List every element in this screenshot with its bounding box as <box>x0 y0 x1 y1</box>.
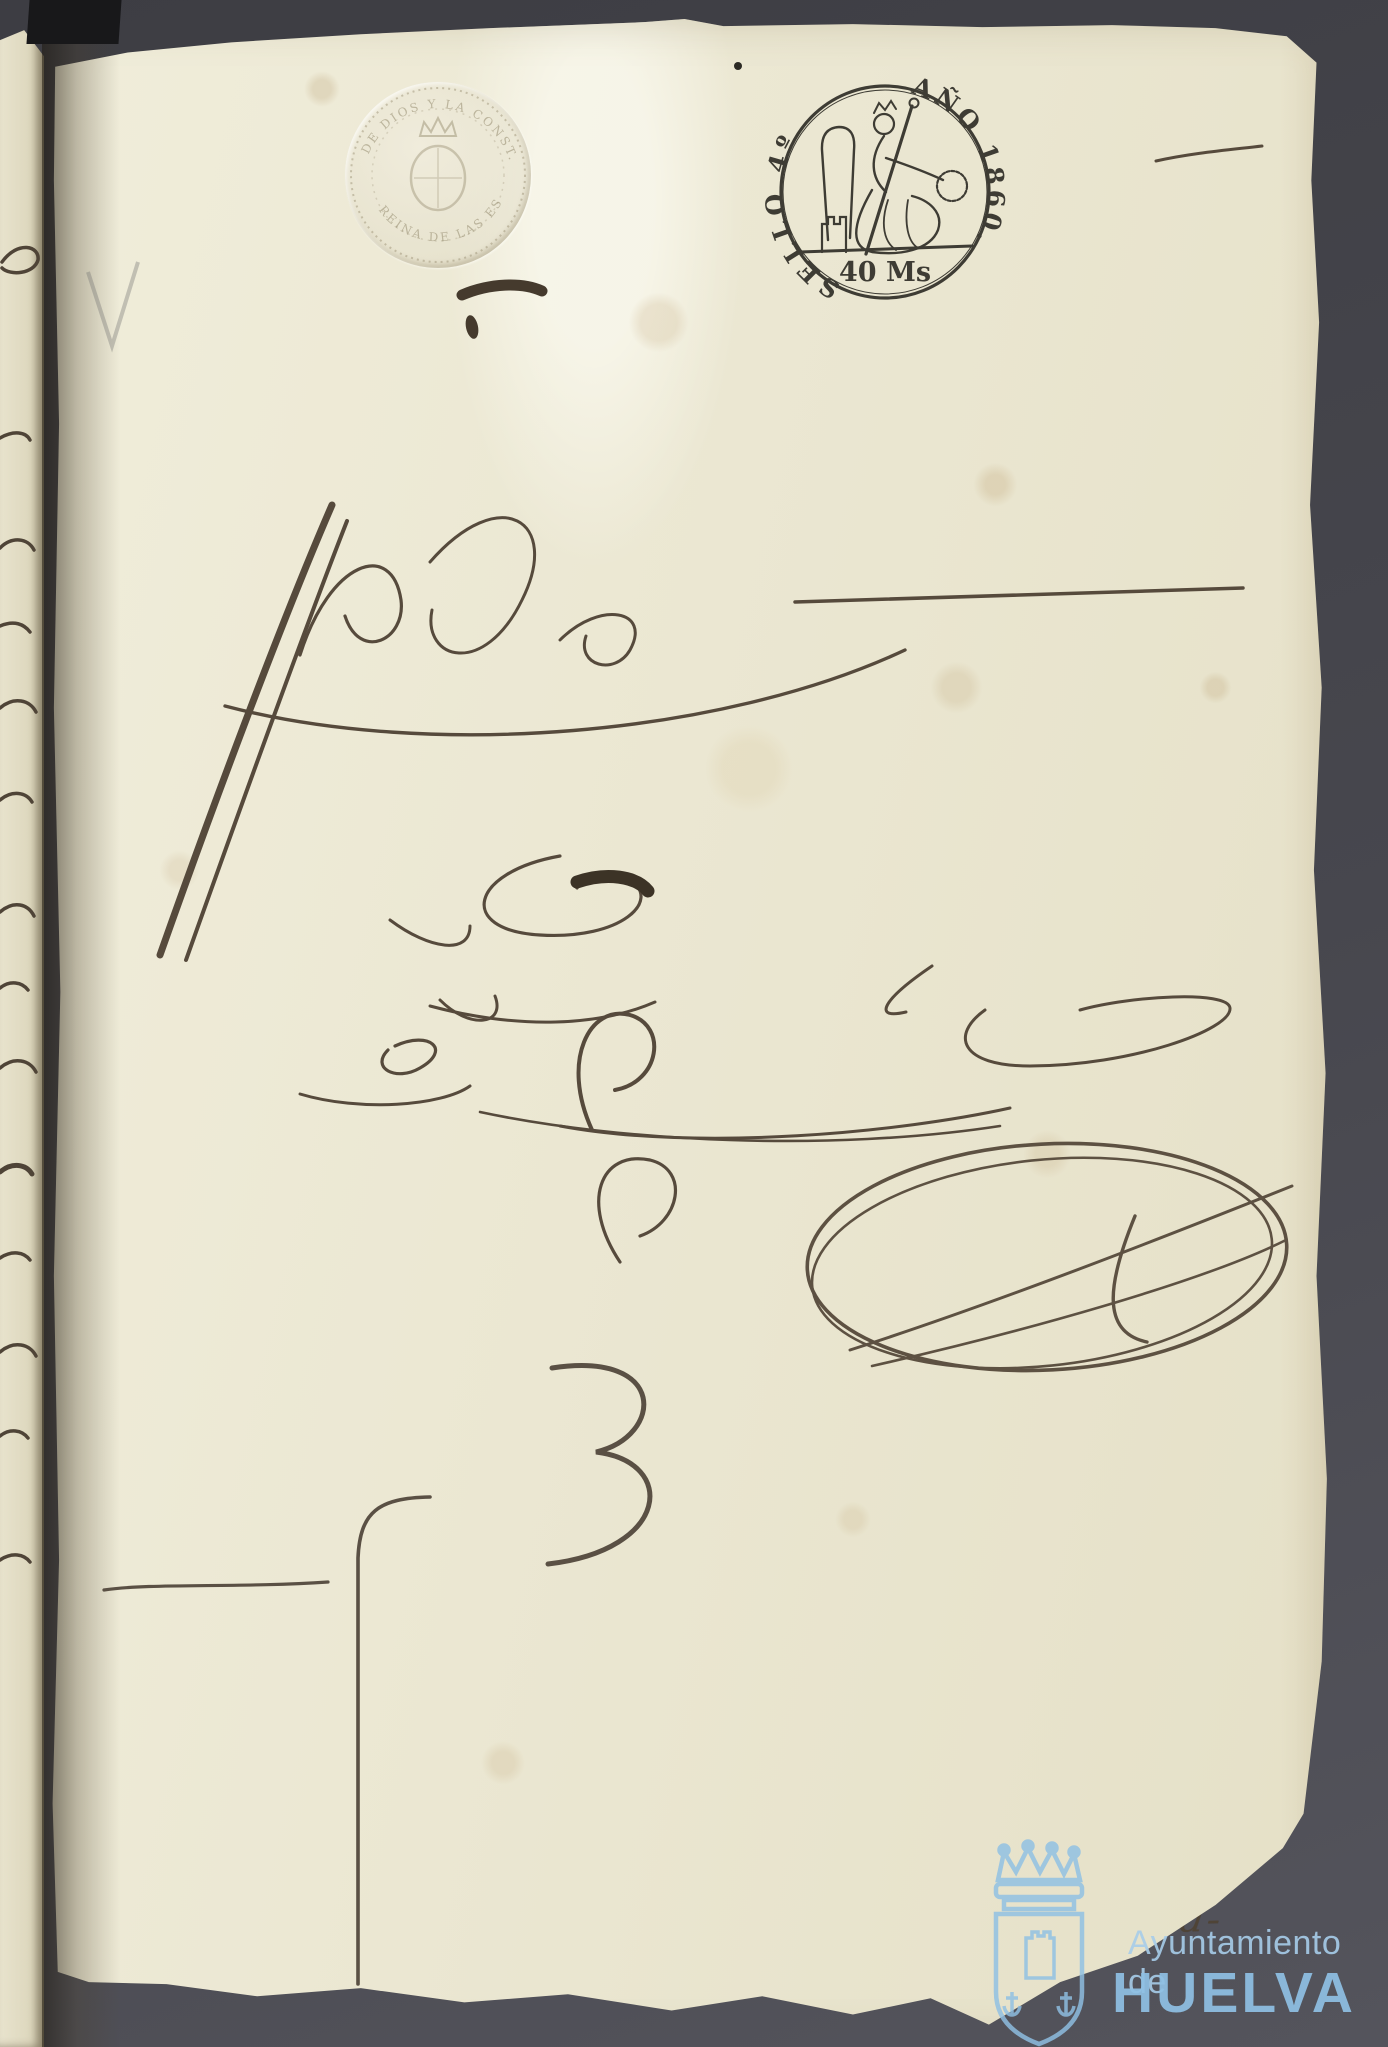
pencil-mark <box>88 262 138 346</box>
margin-vertical-rule <box>358 1497 430 1984</box>
certification-rule <box>795 588 1243 602</box>
ink-speck <box>734 62 742 70</box>
opening-brace <box>548 1366 650 1564</box>
stamp-arc-right: AÑO 1860. <box>907 71 1010 253</box>
bravo-rubric <box>382 1040 436 1074</box>
huelva-watermark-crest <box>996 1842 1082 2045</box>
perez-rubric <box>484 856 641 935</box>
crest-tower <box>1026 1932 1054 1978</box>
embossed-seal-engraving: DE DIOS Y LA CONST. REINA DE LAS ESP. <box>0 0 525 262</box>
flourish-strokes <box>160 146 1262 1262</box>
stamp-tower <box>822 217 846 252</box>
svg-text:DE DIOS Y LA CONST.: DE DIOS Y LA CONST. <box>358 97 520 164</box>
rubric-flourish <box>300 566 401 655</box>
stamp-arc-left: SELLO 4º <box>759 127 844 305</box>
ink-artwork-layer: DE DIOS Y LA CONST. REINA DE LAS ESP. <box>0 0 1388 2047</box>
embossed-arc-top: DE DIOS Y LA CONST. <box>358 97 520 164</box>
svg-text:SELLO 4º: SELLO 4º <box>759 127 844 305</box>
folio-underline <box>1156 146 1262 161</box>
double-slash-stroke <box>160 505 332 955</box>
stamp-scepter <box>866 106 912 254</box>
layout-rules <box>104 1366 650 1984</box>
stamp-denomination: 40 Ms <box>839 257 931 288</box>
ink-blot-dash <box>462 285 542 295</box>
stamp-wreath <box>937 171 967 201</box>
salon-flourish <box>579 1014 655 1130</box>
svg-text:AÑO 1860.: AÑO 1860. <box>907 71 1010 253</box>
marques-rubric <box>965 997 1230 1066</box>
previous-page-ink-fragments <box>0 247 38 1562</box>
watermark-line-2: HUELVA <box>1112 1960 1356 2026</box>
notary-oval-stamp <box>801 1132 1292 1390</box>
scanned-manuscript-page: DE DIOS Y LA CONST. REINA DE LAS ESP. <box>0 0 1388 2047</box>
sres-underline <box>104 1582 328 1590</box>
revenue-stamp: SELLO 4º AÑO 1860. 40 Ms <box>734 62 1010 304</box>
seal-crown <box>420 118 456 136</box>
stamp-figure-head <box>874 114 894 134</box>
